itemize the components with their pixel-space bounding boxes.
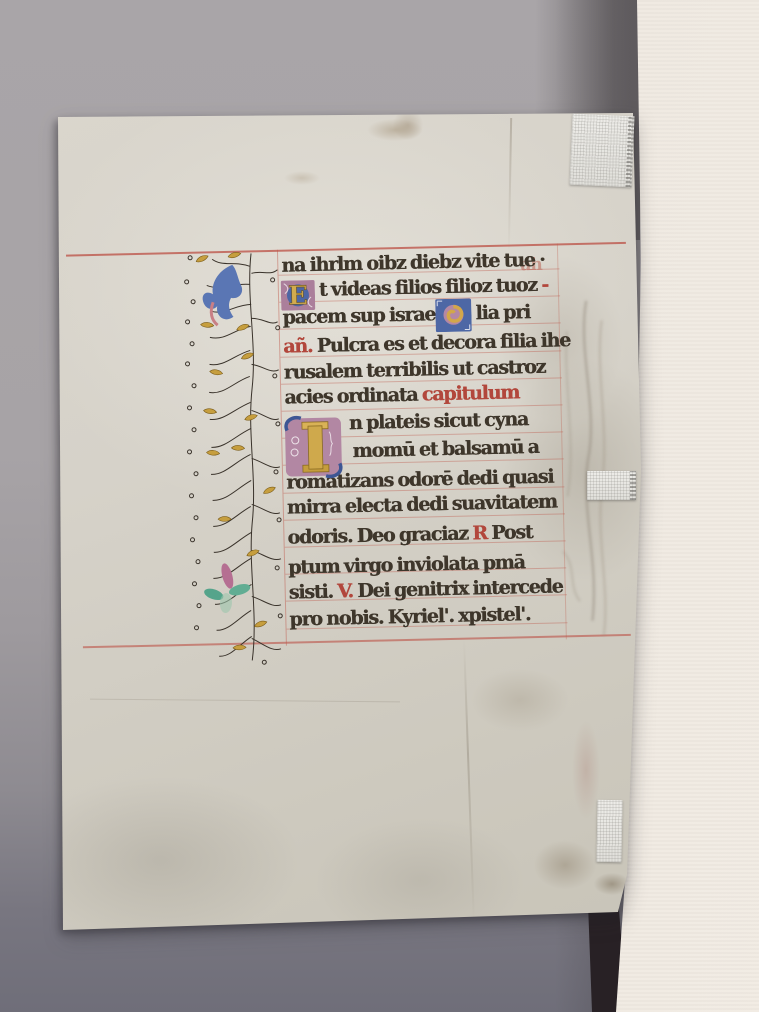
photo-scene: ah <box>0 0 759 1012</box>
text-block: na ihrlm oibz diebz vite tue ·t videas f… <box>0 0 753 4</box>
mounting-tab-top <box>569 114 634 188</box>
illuminated-initial-i <box>281 413 347 484</box>
text-line: momū et balsamū a <box>352 436 539 462</box>
pink-flower <box>202 562 252 614</box>
text-line: n plateis sicut cyna <box>349 408 529 434</box>
manuscript-leaf: ah <box>0 0 759 1012</box>
illuminated-initial-e: E <box>281 280 316 315</box>
mounting-tab-middle <box>587 471 636 500</box>
illuminated-initial-g <box>435 298 472 336</box>
page-content: ah <box>0 0 759 1012</box>
svg-text:E: E <box>288 281 309 311</box>
manuscript-leaf-wrapper: ah <box>0 0 759 1012</box>
blue-acanthus-leaf <box>202 265 243 326</box>
ruling-lines <box>0 0 753 4</box>
tab-fray-edge <box>630 471 636 500</box>
mounting-tab-bottom <box>596 800 622 862</box>
text-line: lia pri <box>475 301 530 324</box>
